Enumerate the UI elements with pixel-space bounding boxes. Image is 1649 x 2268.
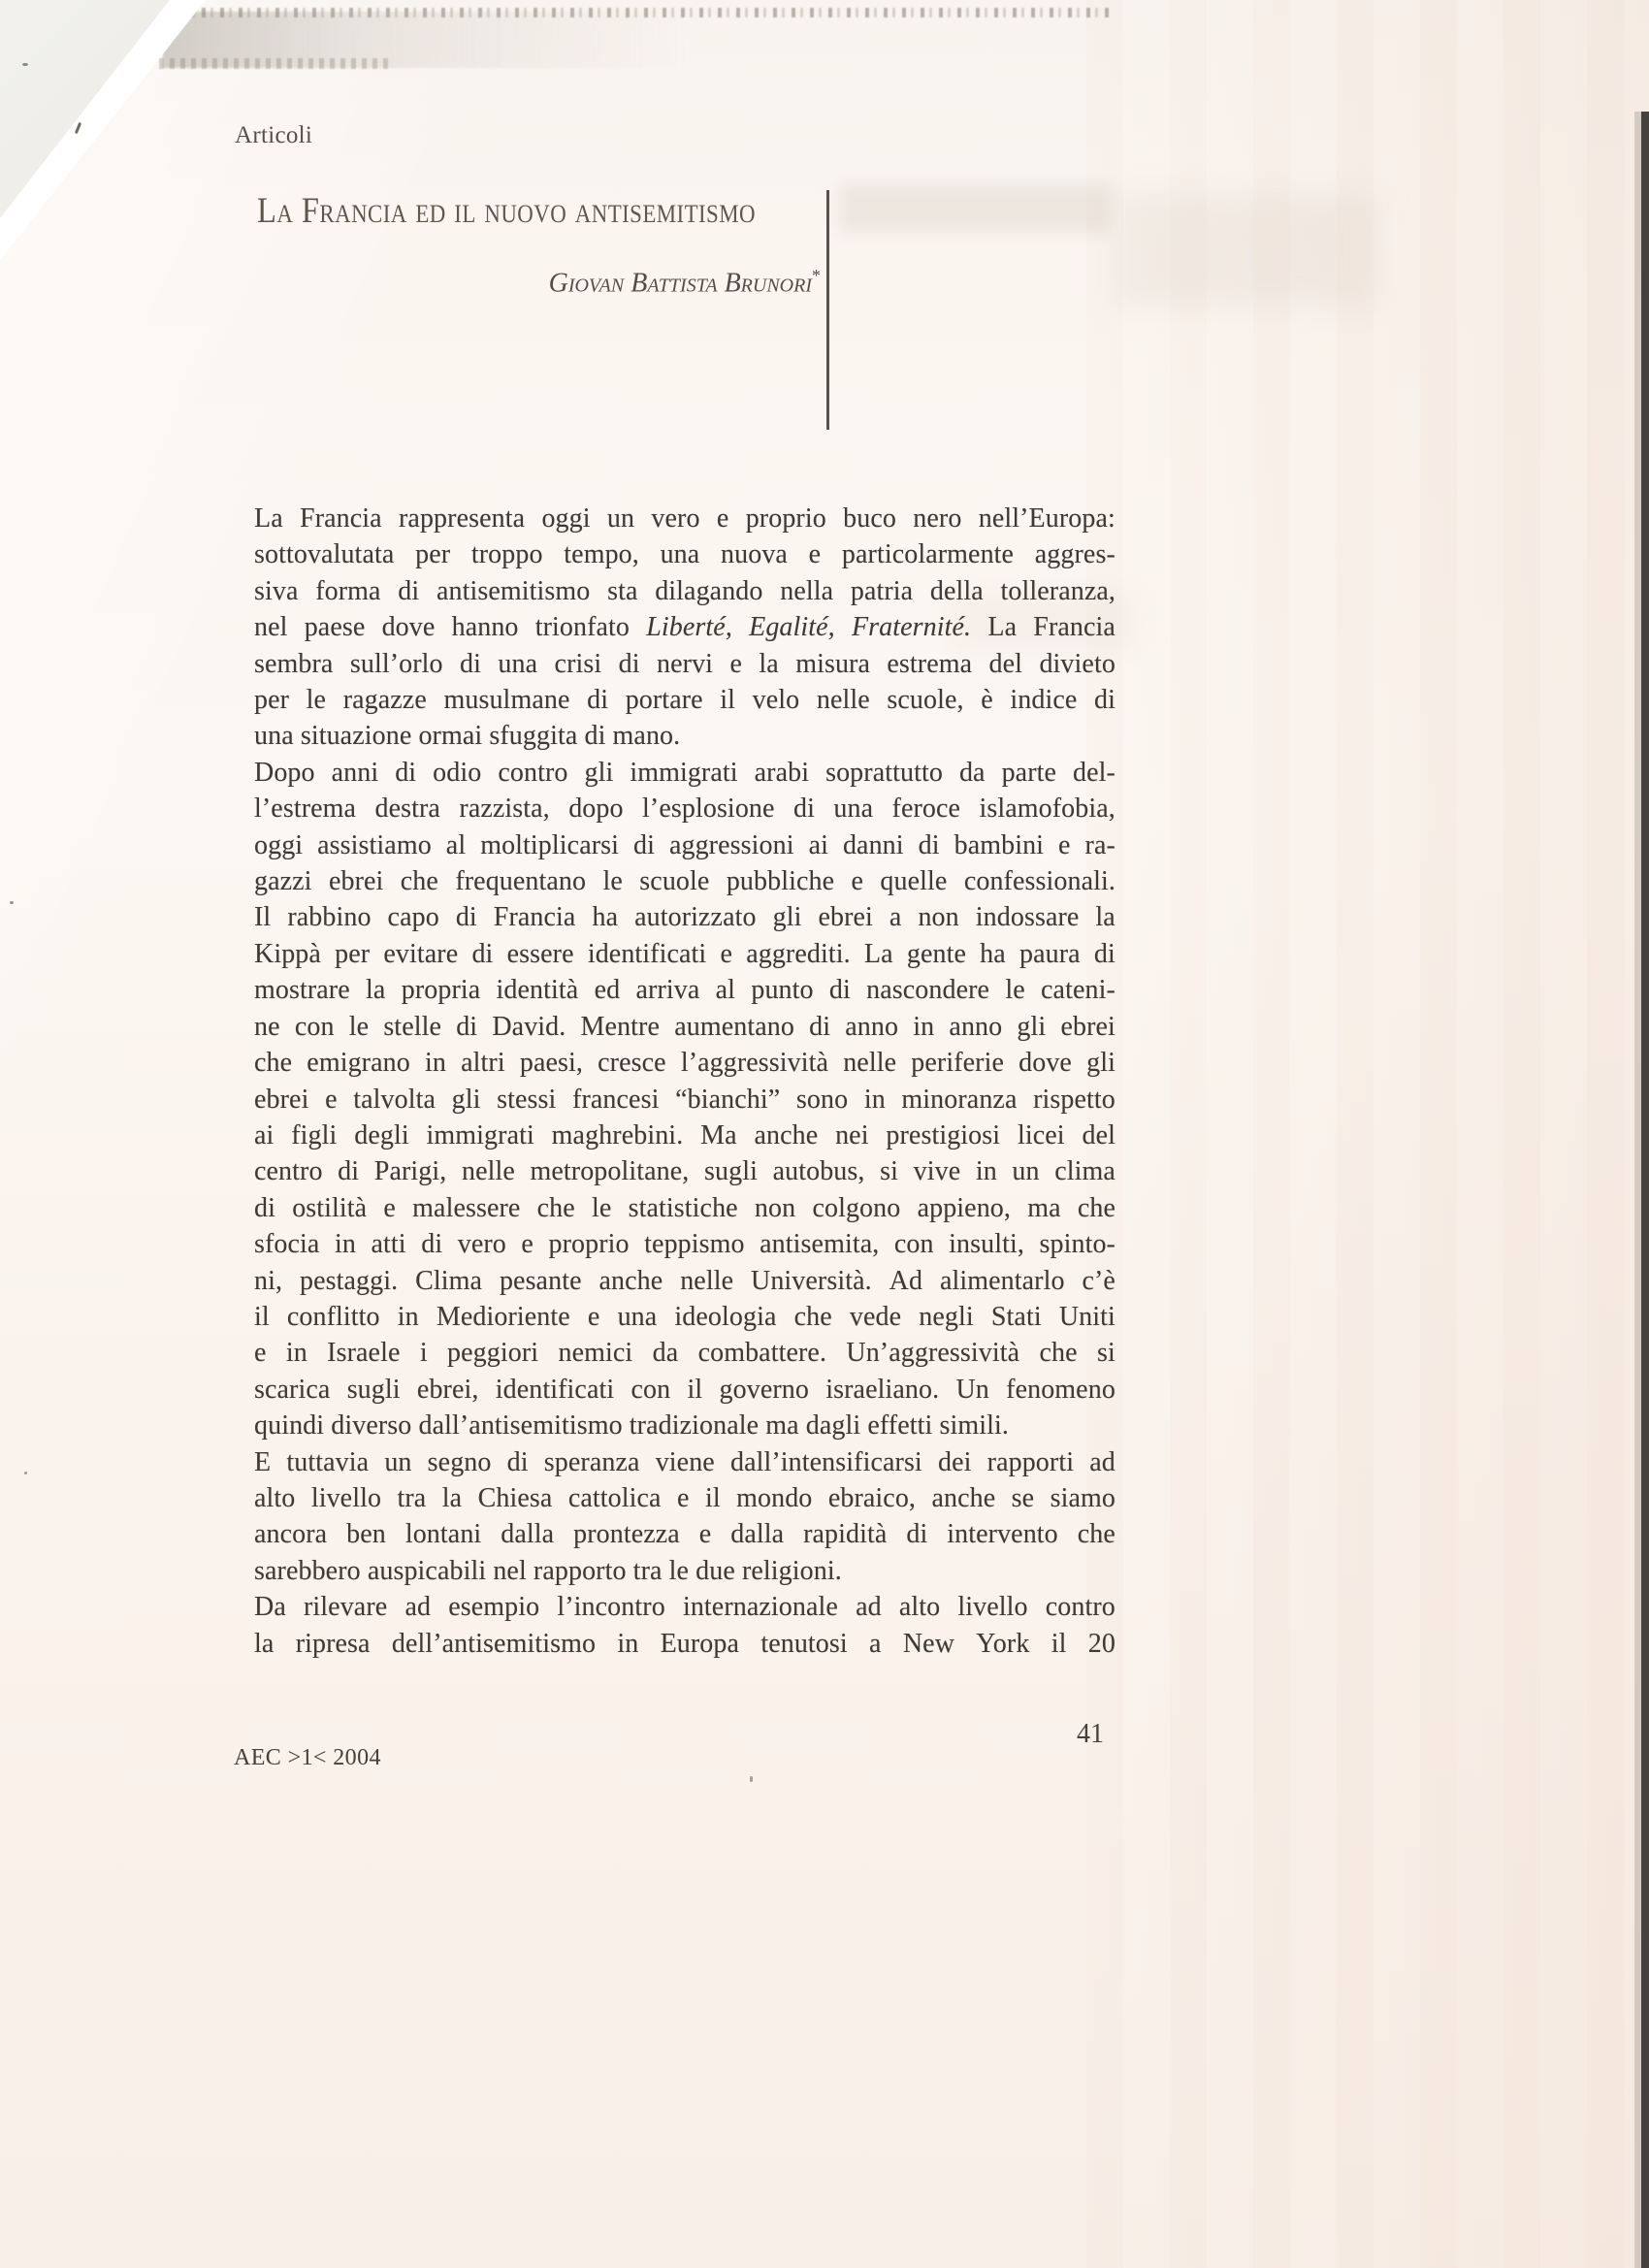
body-line: sfociainattidiveroeproprioteppismoantise… [254,1226,1115,1262]
body-line: perleragazzemusulmanediportareilvelonell… [254,682,1115,718]
body-line: LaFranciarappresentaoggiunveroepropriobu… [254,501,1115,536]
paper-edge-shadow [1634,112,1641,2268]
body-line: sembrasull’orlodiunacrisidinervielamisur… [254,646,1115,682]
body-line: ni,pestaggi.ClimapesanteanchenelleUniver… [254,1263,1115,1299]
body-line: una situazione ormai sfuggita di mano. [254,718,1115,754]
body-line: Etuttaviaunsegnodisperanzavienedall’inte… [254,1444,1115,1480]
body-line: diostilitàemalesserechelestatistichenonc… [254,1190,1115,1226]
dust-speck [10,901,14,904]
author-byline: Giovan Battista Brunori* [433,266,821,299]
body-line: sottovalutatapertroppotempo,unanuovaepar… [254,536,1115,572]
ink-showthrough-smudge [1115,194,1377,306]
author-footnote-asterisk: * [812,266,821,285]
body-line: Dopoannidiodiocontrogliimmigratiarabisop… [254,755,1115,791]
body-line: laripresadell’antisemitismoinEuropatenut… [254,1626,1115,1662]
body-line: sivaformadiantisemitismostadilagandonell… [254,573,1115,609]
dust-speck [22,63,28,66]
body-line: Kippàperevitarediessereidentificatieaggr… [254,936,1115,972]
scan-noise-band-bottom [159,58,392,69]
scanner-edge-strip [1641,112,1649,2268]
body-line: oggiassistiamoalmoltiplicarsidiaggressio… [254,827,1115,863]
body-line: einIsraeleipeggiorinemicidacombattere.Un… [254,1335,1115,1371]
body-line: sarebbero auspicabili nel rapporto tra l… [254,1553,1115,1589]
dust-speck [24,1472,27,1474]
title-vertical-rule [826,190,829,430]
body-line: nelpaesedovehannotrionfatoLiberté,Egalit… [254,609,1115,645]
body-line: ilconflittoinMediorienteeunaideologiache… [254,1299,1115,1335]
body-line: neconlestellediDavid.Mentreaumentanodian… [254,1009,1115,1045]
author-name: Giovan Battista Brunori [549,268,812,298]
body-line: centrodiParigi,nellemetropolitane,suglia… [254,1153,1115,1189]
body-line: cheemigranoinaltripaesi,crescel’aggressi… [254,1045,1115,1081]
body-line: ebreietalvoltaglistessifrancesi“bianchi”… [254,1082,1115,1118]
scanned-page: Articoli La Francia ed il nuovo antisemi… [0,0,1649,2268]
journal-footer: AEC >1< 2004 [234,1745,381,1771]
body-line: l’estremadestrarazzista,dopol’esplosione… [254,791,1115,826]
ink-showthrough-smudge [839,184,1111,233]
body-line: ancorabenlontanidallaprontezzaedallarapi… [254,1516,1115,1552]
body-line: quindi diverso dall’antisemitismo tradiz… [254,1408,1115,1443]
body-line: IlrabbinocapodiFranciahaautorizzatoglieb… [254,899,1115,935]
page-number: 41 [1077,1719,1104,1750]
dust-speck [750,1776,753,1782]
section-label: Articoli [235,122,312,149]
body-line: Darilevareadesempiol’incontrointernazion… [254,1589,1115,1625]
body-line: aifiglidegliimmigratimaghrebini.Maanchen… [254,1118,1115,1153]
body-line: gazziebreichefrequentanolescuolepubblich… [254,863,1115,899]
body-line: scaricasugliebrei,identificaticonilgover… [254,1372,1115,1408]
body-line: altolivellotralaChiesacattolicaeilmondoe… [254,1480,1115,1516]
body-text: LaFranciarappresentaoggiunveroepropriobu… [254,501,1115,1662]
article-title: La Francia ed il nuovo antisemitismo [257,190,756,232]
scan-right-shading [1086,0,1649,2268]
body-line: mostrarelapropriaidentitàedarrivaalpunto… [254,972,1115,1008]
